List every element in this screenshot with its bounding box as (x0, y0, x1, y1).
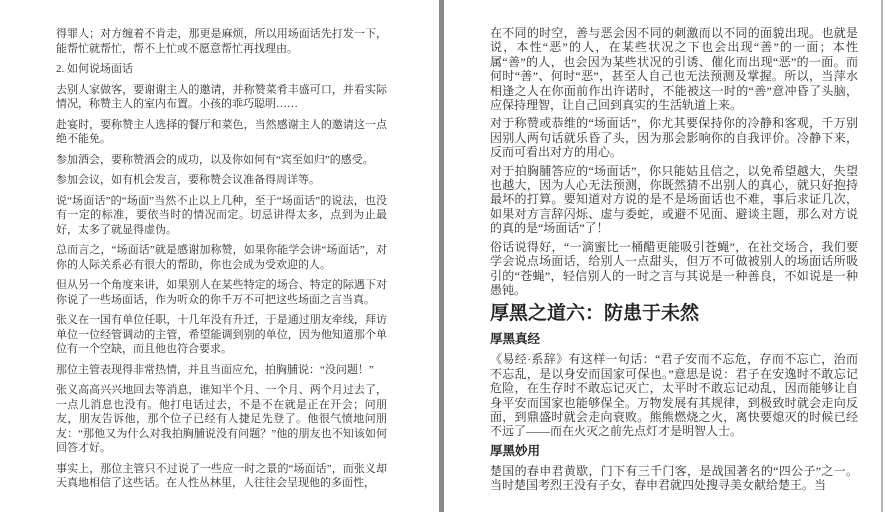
paragraph: 事实上，那位主管只不过说了一些应一时之景的“场面话”，而张义却天真地相信了这些话… (56, 462, 387, 491)
paragraph: 对于称赞或恭维的“场面话”，你尤其要保持你的冷静和客观，千万别因别人两句话就乐昏… (490, 116, 858, 159)
paragraph: 在不同的时空，善与恶会因不同的刺激而以不同的面貌出现。也就是说，本性“恶”的人，… (490, 26, 858, 112)
paragraph: 去别人家做客，要谢谢主人的邀请，并称赞菜肴丰盛可口，并看实际情况，称赞主人的室内… (56, 83, 387, 112)
paragraph: 那位主管表现得非常热情，并且当面应允，拍胸脯说：“没问题！” (56, 363, 387, 378)
paragraph: 《易经·系辞》有这样一句话：“君子安而不忘危，存而不忘亡，治而不忘乱，是以身安而… (490, 352, 858, 438)
paragraph: 楚国的春申君黄歇，门下有三千门客，是战国著名的“四公子”之一。当时楚国考烈王没有… (490, 464, 858, 493)
paragraph: 赴宴时，要称赞主人选择的餐厅和菜色，当然感谢主人的邀请这一点绝不能免。 (56, 118, 387, 147)
chapter-heading: 厚黑之道六：防患于未然 (490, 301, 858, 326)
paragraph: 得罪人；对方缠着不肯走，那更是麻烦，所以用场面话先打发一下，能帮忙就帮忙，帮不上… (56, 27, 387, 56)
page-gutter-divider (439, 0, 444, 512)
paragraph: 总而言之，“场面话”就是感谢加称赞，如果你能学会讲“场面话”，对你的人际关系必有… (56, 243, 387, 272)
paragraph: 参加会议，如有机会发言，要称赞会议准备得周详等。 (56, 173, 387, 188)
section-subheading: 厚黑妙用 (490, 444, 858, 458)
page-left: 得罪人；对方缠着不肯走，那更是麻烦，所以用场面话先打发一下，能帮忙就帮忙，帮不上… (56, 27, 387, 497)
paragraph: 参加酒会，要称赞酒会的成功，以及你如何有“宾至如归”的感受。 (56, 153, 387, 168)
paragraph: 张义高高兴兴地回去等消息，谁知半个月、一个月、两个月过去了，一点儿消息也没有。他… (56, 383, 387, 456)
paragraph: 说“场面话”的“场面”当然不止以上几种，至于“场面话”的说法，也没有一定的标准，… (56, 194, 387, 238)
paragraph: 张义在一国有单位任职，十几年没有升迁，于是通过朋友牵线，拜访单位一位经管调动的主… (56, 313, 387, 357)
page-edge-line (881, 0, 883, 512)
book-spread-viewer: 得罪人；对方缠着不肯走，那更是麻烦，所以用场面话先打发一下，能帮忙就帮忙，帮不上… (0, 0, 886, 512)
paragraph: 俗话说得好，“一滴蜜比一桶醋更能吸引苍蝇”，在社交场合，我们要学会说点场面话，给… (490, 240, 858, 298)
paragraph: 但从另一个角度来讲，如果别人在某些特定的场合、特定的际遇下对你说了一些场面话，作… (56, 278, 387, 307)
paragraph: 对于拍胸脯答应的“场面话”，你只能姑且信之，以免希望越大，失望也越大，因为人心无… (490, 164, 858, 236)
section-number-line: 2. 如何说场面话 (56, 62, 387, 77)
section-subheading: 厚黑真经 (490, 332, 858, 346)
page-right: 在不同的时空，善与恶会因不同的刺激而以不同的面貌出现。也就是说，本性“恶”的人，… (490, 26, 858, 497)
